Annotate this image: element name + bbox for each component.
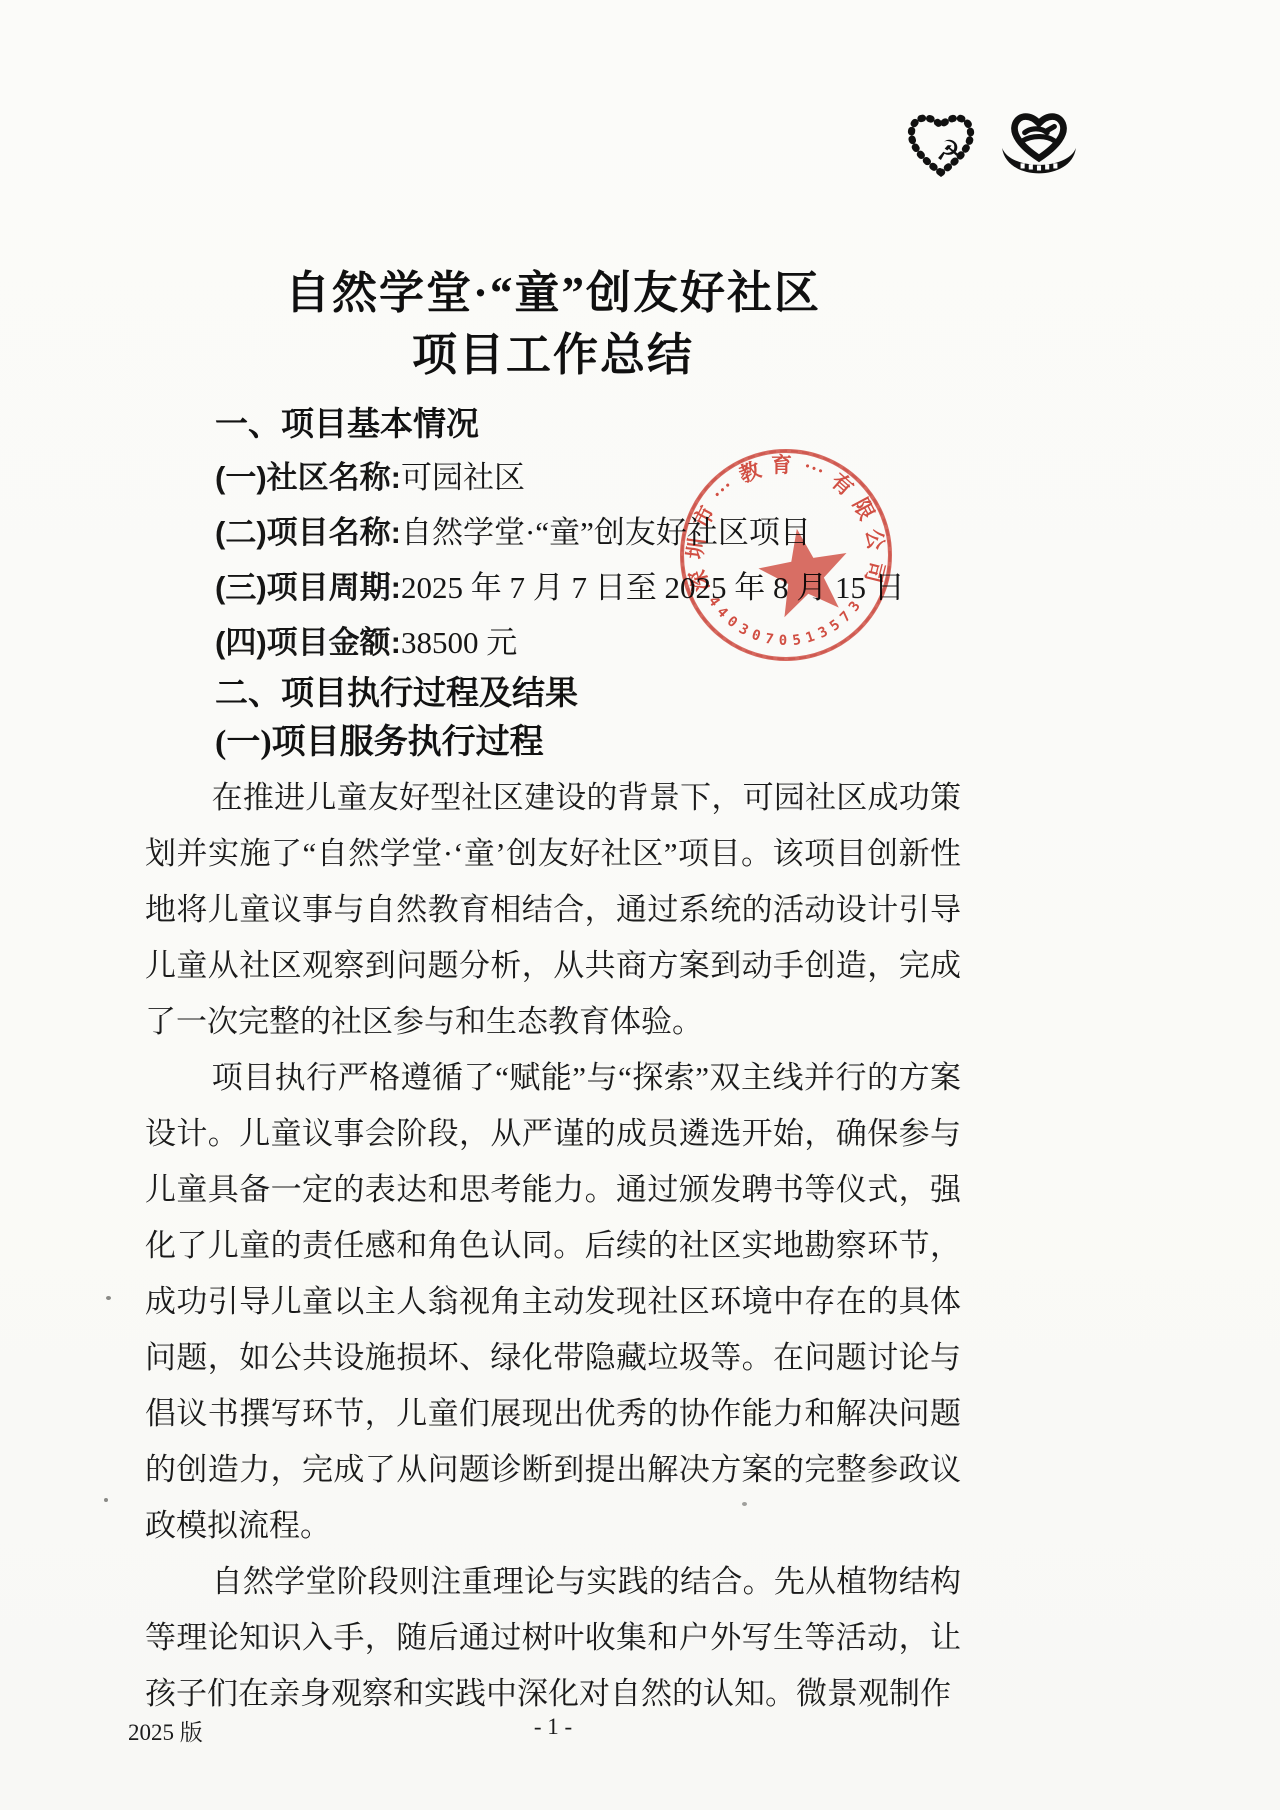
heart-hands-charity-logo-icon xyxy=(996,107,1082,189)
paragraph-3: 自然学堂阶段则注重理论与实践的结合。先从植物结构等理论知识入手，随后通过树叶收集… xyxy=(145,1554,961,1722)
paragraph-1: 在推进儿童友好型社区建设的背景下，可园社区成功策划并实施了“自然学堂·‘童’创友… xyxy=(145,770,961,1050)
document-title-line1: 自然学堂·“童”创友好社区 xyxy=(145,262,961,324)
item-label: (二)项目名称: xyxy=(215,515,401,550)
scan-speck xyxy=(106,1296,111,1300)
document-title-line2: 项目工作总结 xyxy=(145,324,961,386)
scan-speck xyxy=(104,1498,108,1502)
item-value: 可园社区 xyxy=(401,460,525,495)
item-value: 38500 元 xyxy=(401,625,517,660)
hand-stroke-lower xyxy=(1023,137,1055,141)
subsection-heading: (一)项目服务执行过程 xyxy=(145,716,961,770)
document-content: 自然学堂·“童”创友好社区 项目工作总结 一、项目基本情况 (一)社区名称:可园… xyxy=(145,0,961,1722)
item-label: (四)项目金额: xyxy=(215,625,401,660)
paragraph-2: 项目执行严格遵循了“赋能”与“探索”双主线并行的方案设计。儿童议事会阶段，从严谨… xyxy=(145,1050,961,1554)
item-label: (一)社区名称: xyxy=(215,460,401,495)
body-paragraphs: 在推进儿童友好型社区建设的背景下，可园社区成功策划并实施了“自然学堂·‘童’创友… xyxy=(145,770,961,1722)
scan-speck xyxy=(742,1502,747,1506)
red-company-seal-stamp: 深圳市⋯教育⋯有限公司 4403070513573 xyxy=(655,425,917,687)
seal-star-icon xyxy=(753,521,856,620)
item-label: (三)项目周期: xyxy=(215,570,401,605)
hand-stroke-upper xyxy=(1025,127,1055,133)
scanned-document-page: ☭ 自然学堂·“童”创友好社区 项目工作总结 一、项目基本情况 (一)社区名称:… xyxy=(0,0,1280,1810)
footer-page-number: - 1 - xyxy=(145,1714,961,1740)
